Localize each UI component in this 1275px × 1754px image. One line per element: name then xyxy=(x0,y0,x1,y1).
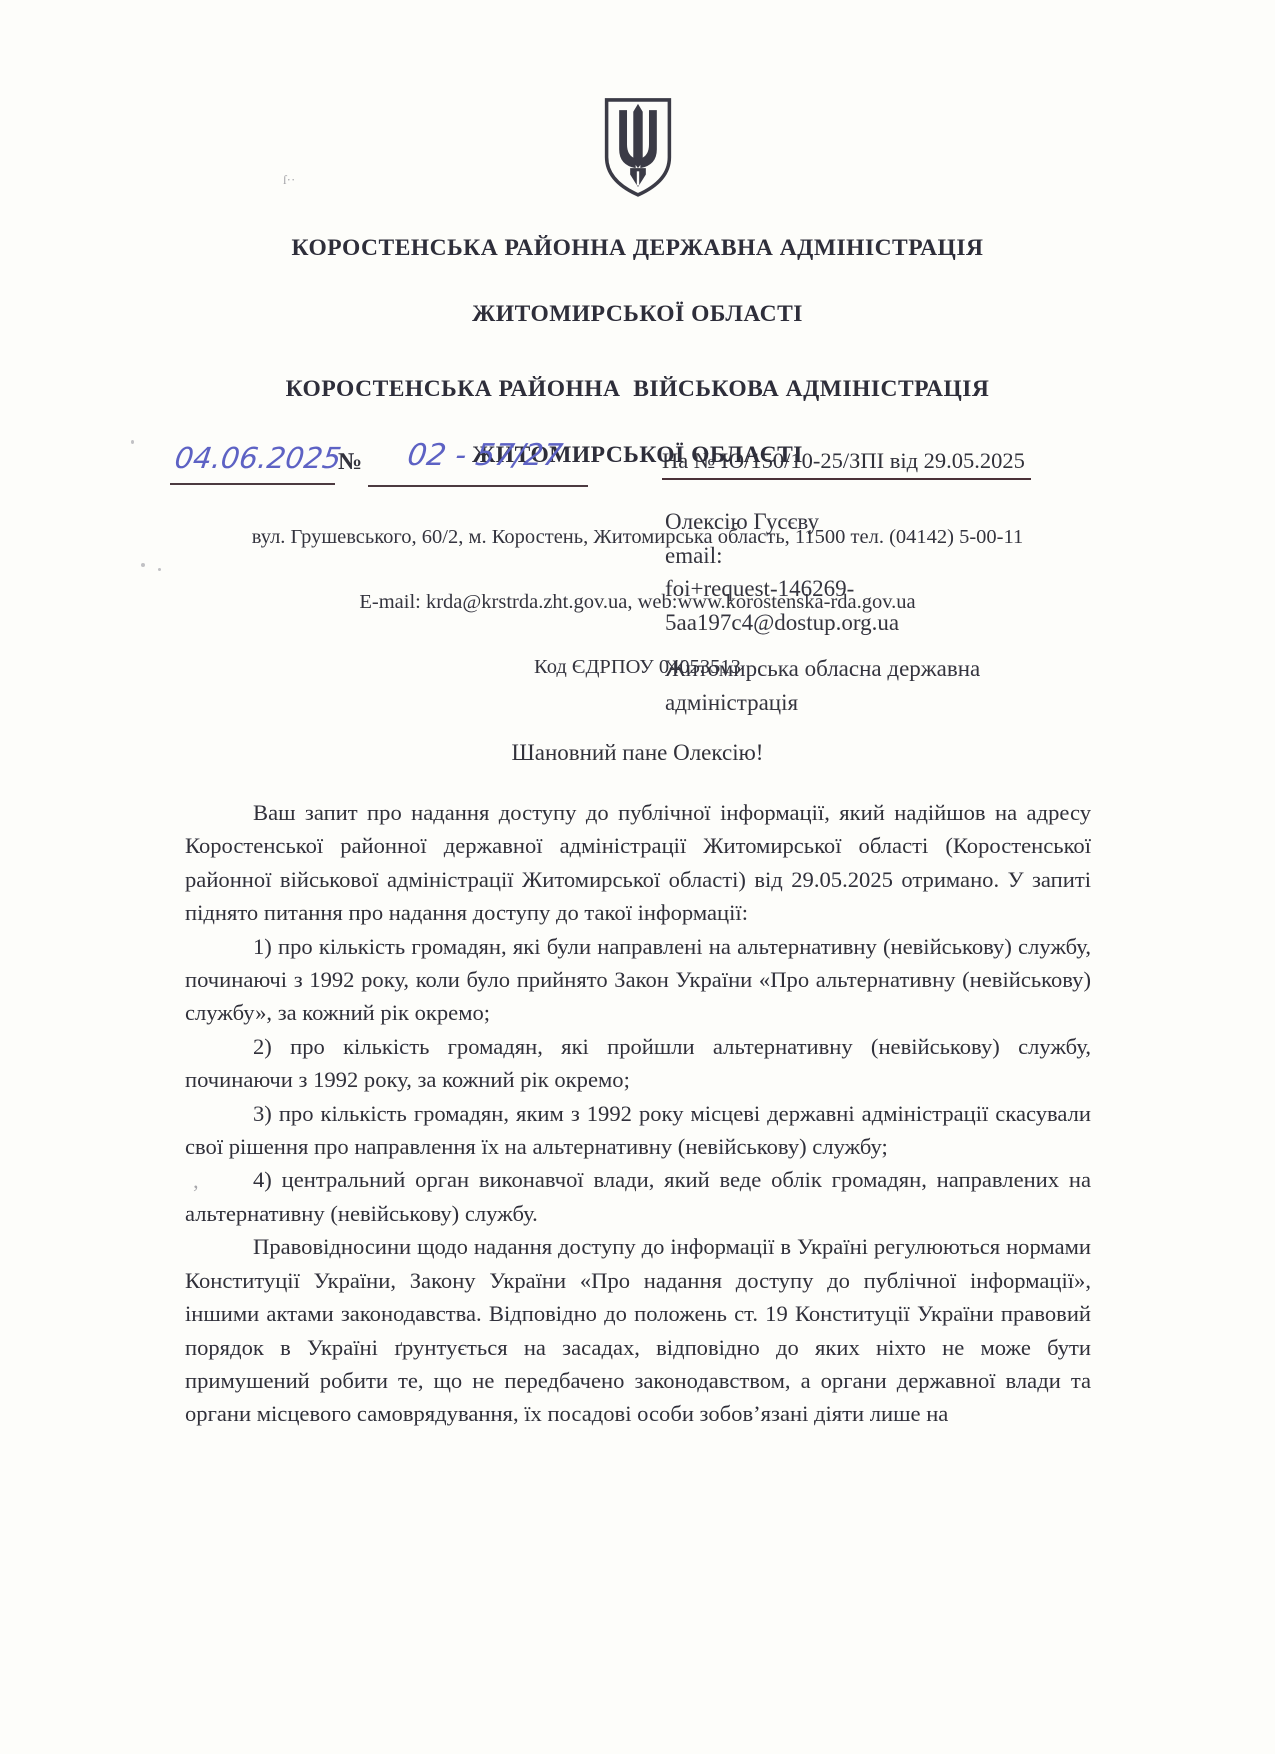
recipient-email-label: email: xyxy=(665,539,1065,573)
reply-to-reference: На № Ю/150/10-25/ЗПІ від 29.05.2025 xyxy=(662,448,1031,480)
scan-speck xyxy=(158,568,161,571)
handwritten-outgoing-number: 02 - 57/27 xyxy=(393,438,578,473)
scan-speck: ſ·· xyxy=(283,172,295,188)
org-name-line-3: КОРОСТЕНСЬКА РАЙОННА ВІЙСЬКОВА АДМІНІСТР… xyxy=(85,375,1190,405)
recipient-organization: Житомирська обласна державна адміністрац… xyxy=(665,652,1060,719)
scanned-letter-page: КОРОСТЕНСЬКА РАЙОННА ДЕРЖАВНА АДМІНІСТРА… xyxy=(0,0,1275,1754)
body-list-item-2: 2) про кількість громадян, які пройшли а… xyxy=(185,1030,1091,1097)
scan-speck xyxy=(131,440,134,444)
scan-speck: ’ xyxy=(192,1180,199,1206)
body-paragraph-legal: Правовідносини щодо надання доступу до і… xyxy=(185,1230,1091,1430)
recipient-block: Олексію Гусєву email: foi+request-146269… xyxy=(665,505,1065,639)
outgoing-number-label: № xyxy=(338,449,362,476)
recipient-email-line-1: foi+request-146269- xyxy=(665,572,1065,606)
org-name-line-1: КОРОСТЕНСЬКА РАЙОННА ДЕРЖАВНА АДМІНІСТРА… xyxy=(85,234,1190,264)
body-paragraph-intro: Ваш запит про надання доступу до публічн… xyxy=(185,796,1091,930)
recipient-name: Олексію Гусєву xyxy=(665,505,1065,539)
scan-speck xyxy=(141,563,145,567)
body-list-item-3: 3) про кількість громадян, яким з 1992 р… xyxy=(185,1097,1091,1164)
body-list-item-1: 1) про кількість громадян, які були напр… xyxy=(185,930,1091,1030)
ukraine-coat-of-arms-icon xyxy=(598,96,678,198)
org-name-line-2: ЖИТОМИРСЬКОЇ ОБЛАСТІ xyxy=(85,300,1190,330)
number-underline xyxy=(368,485,588,487)
date-underline xyxy=(170,483,335,485)
recipient-email-line-2: 5aa197c4@dostup.org.ua xyxy=(665,606,1065,640)
body-list-item-4: 4) центральний орган виконавчої влади, я… xyxy=(185,1163,1091,1230)
handwritten-date: 04.06.2025 xyxy=(173,441,336,475)
letter-body: Ваш запит про надання доступу до публічн… xyxy=(185,796,1091,1431)
salutation: Шановний пане Олексію! xyxy=(185,740,1090,766)
